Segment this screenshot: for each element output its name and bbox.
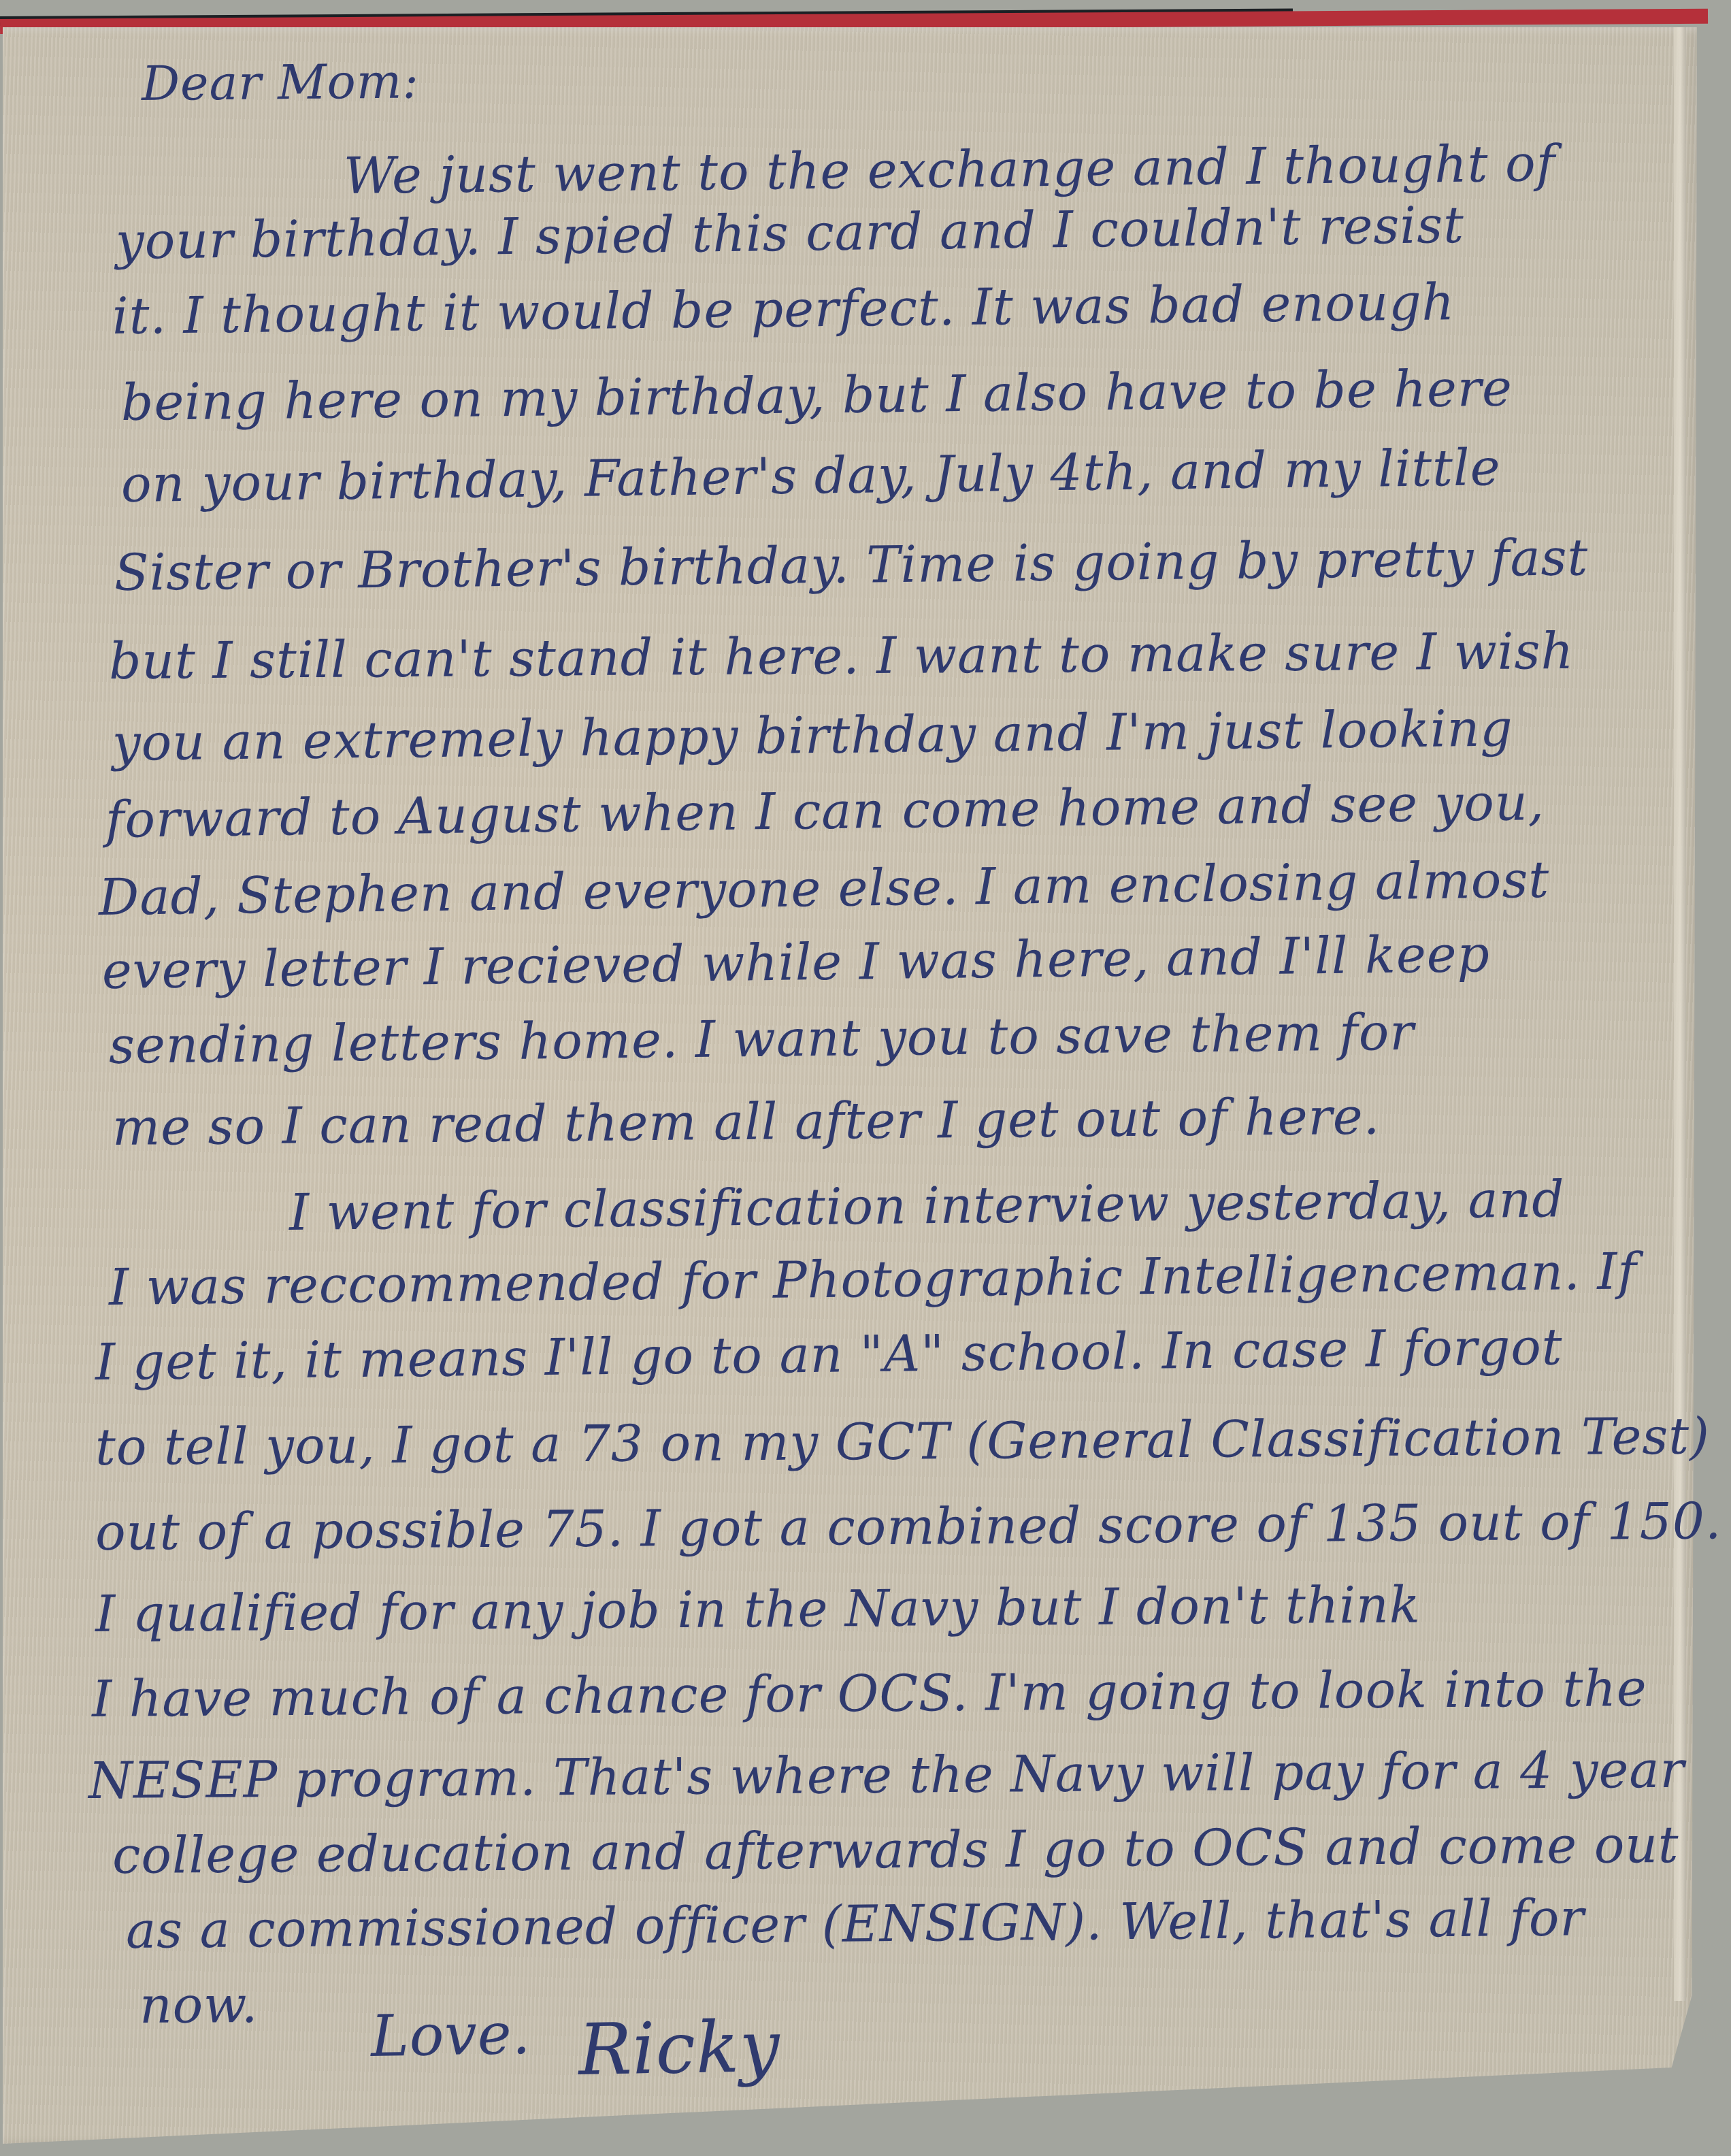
letter-line: every letter I recieved while I was here… (102, 929, 1491, 996)
letter-body: Dear Mom: We just went to the exchange a… (0, 0, 1731, 2156)
letter-line: it. I thought it would be perfect. It wa… (112, 277, 1455, 342)
letter-line: Sister or Brother's birthday. Time is go… (114, 532, 1589, 598)
letter-line: you an extremely happy birthday and I'm … (112, 703, 1513, 768)
letter-signature: Ricky (578, 2011, 780, 2085)
letter-line: I have much of a chance for OCS. I'm goi… (92, 1663, 1647, 1725)
letter-line: Dad, Stephen and everyone else. I am enc… (99, 855, 1550, 923)
letter-line: college education and afterwards I go to… (112, 1820, 1679, 1881)
letter-line: as a commissioned officer (ENSIGN). Well… (126, 1893, 1585, 1956)
letter-closing: Love. (370, 2005, 531, 2065)
letter-line: your birthday. I spied this card and I c… (116, 200, 1465, 267)
letter-line: I qualified for any job in the Navy but … (95, 1580, 1421, 1639)
letter-line: We just went to the exchange and I thoug… (344, 138, 1556, 201)
letter-line: to tell you, I got a 73 on my GCT (Gener… (95, 1411, 1711, 1473)
letter-line: now. (139, 1980, 259, 2031)
letter-line: sending letters home. I want you to save… (109, 1007, 1415, 1071)
letter-line: I was reccommended for Photographic Inte… (109, 1246, 1638, 1313)
letter-line: NESEP program. That's where the Navy wil… (88, 1745, 1685, 1806)
letter-line: I get it, it means I'll go to an "A" sch… (95, 1322, 1563, 1388)
letter-line: but I still can't stand it here. I want … (109, 626, 1575, 687)
letter-line: being here on my birthday, but I also ha… (121, 363, 1513, 428)
letter-line: out of a possible 75. I got a combined s… (95, 1496, 1722, 1558)
letter-line: forward to August when I can come home a… (105, 777, 1545, 845)
letter-line: me so I can read them all after I get ou… (112, 1092, 1381, 1153)
letter-line: on your birthday, Father's day, July 4th… (121, 442, 1501, 510)
letter-salutation: Dear Mom: (142, 57, 419, 108)
letter-line: I went for classification interview yest… (289, 1174, 1565, 1238)
